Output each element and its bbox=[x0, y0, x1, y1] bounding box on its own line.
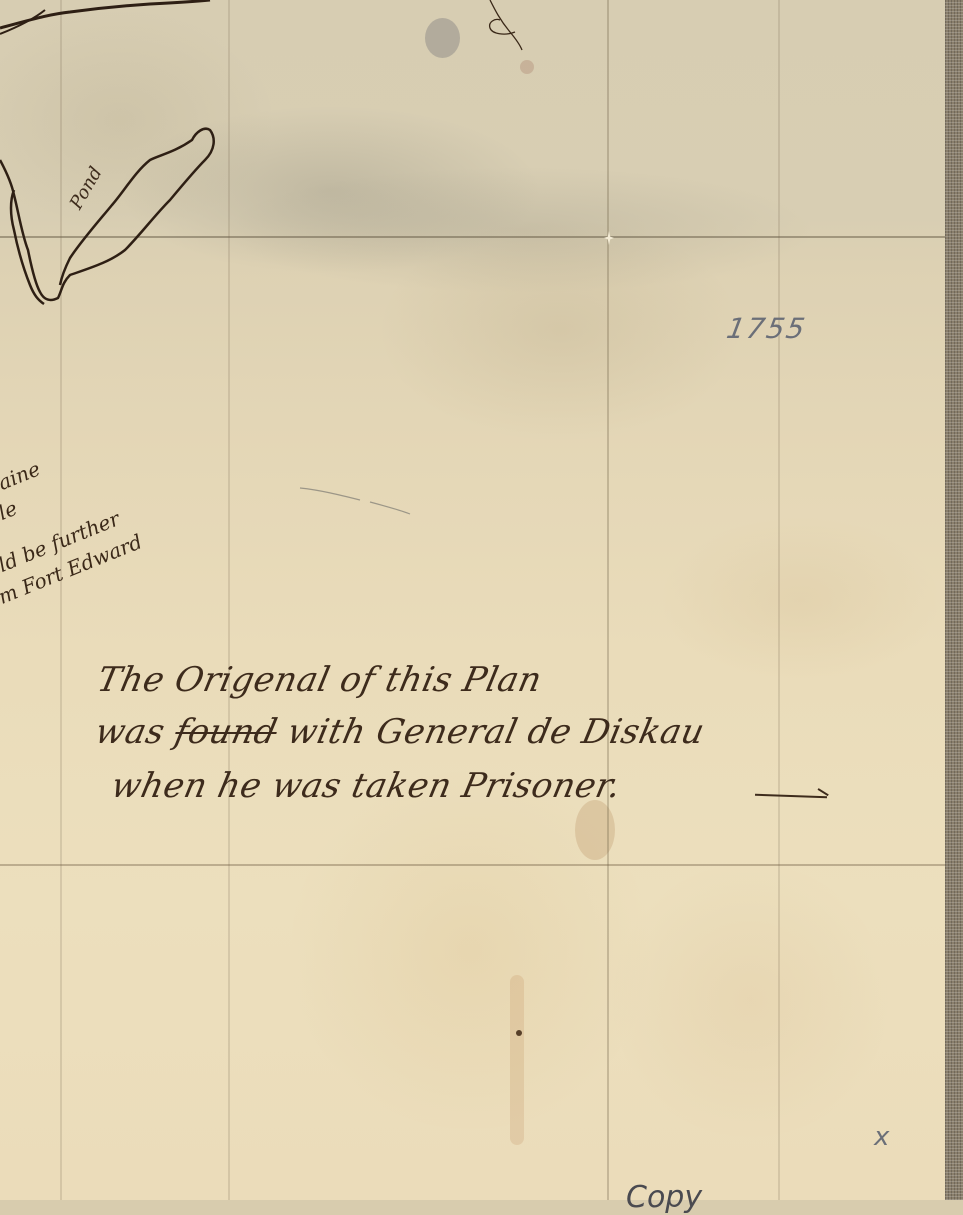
note-line-1: The Origenal of this Plan bbox=[94, 660, 546, 700]
pencil-year: 1755 bbox=[724, 312, 809, 345]
pencil-x-mark: x bbox=[874, 1122, 889, 1152]
map-sheet: Pond ...aine ...le ...ld be further ...m… bbox=[0, 0, 945, 1200]
note-struck-word: found bbox=[171, 712, 281, 752]
binding-edge bbox=[945, 0, 963, 1200]
pencil-stroke bbox=[300, 488, 410, 514]
note-line-3: when he was taken Prisoner. bbox=[108, 766, 625, 806]
curl-top bbox=[490, 0, 522, 50]
map-drawing bbox=[0, 0, 945, 1200]
note-line-2-suffix: with General de Diskau bbox=[273, 712, 709, 752]
note-line-2-prefix: was bbox=[92, 712, 180, 752]
pencil-bottom-partial: Copy bbox=[626, 1180, 702, 1200]
pond-outline bbox=[0, 129, 214, 300]
river-top bbox=[0, 0, 210, 28]
note-line-2: was found with General de Diskau bbox=[92, 712, 708, 752]
